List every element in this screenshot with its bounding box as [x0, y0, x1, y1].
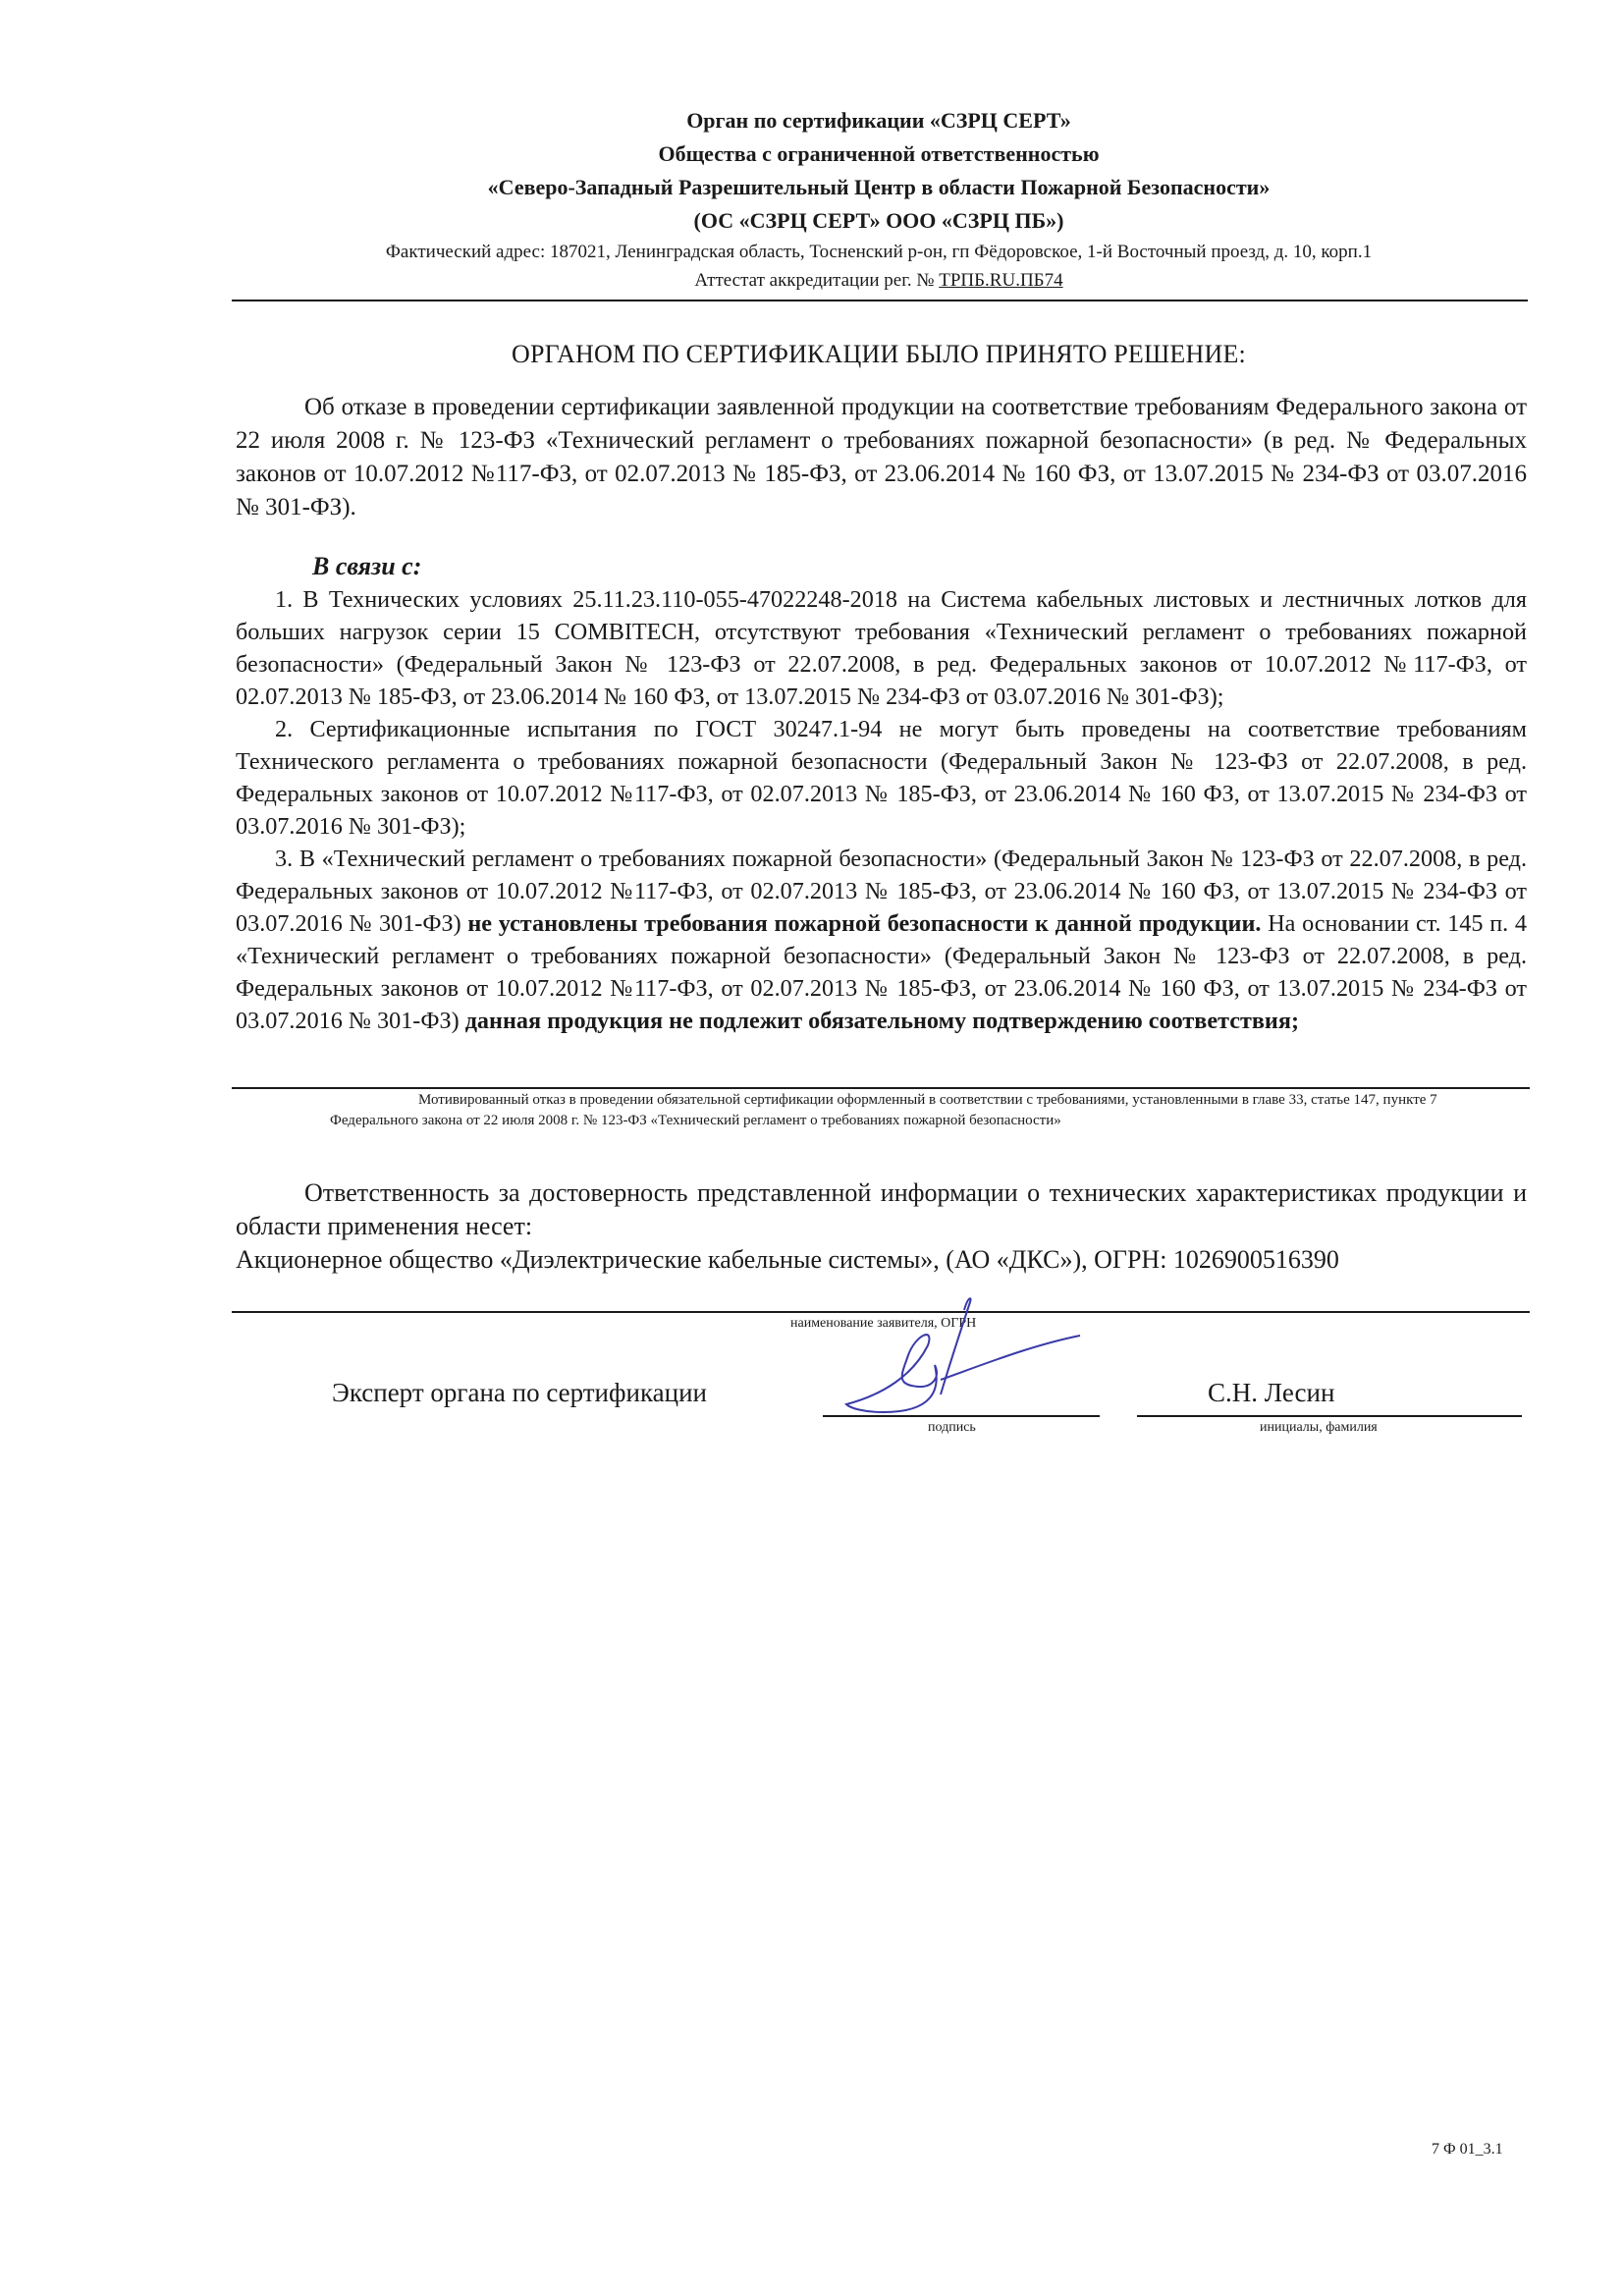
- decision-paragraph: Об отказе в проведении сертификации заяв…: [236, 391, 1527, 524]
- company-short-name: (ОС «СЗРЦ СЕРТ» ООО «СЗРЦ ПБ»): [226, 208, 1532, 234]
- reasons-heading: В связи с:: [312, 552, 421, 581]
- expert-role: Эксперт органа по сертификации: [332, 1378, 707, 1408]
- decision-text: Об отказе в проведении сертификации заяв…: [236, 391, 1527, 524]
- accreditation: Аттестат аккредитации рег. № ТРПБ.RU.ПБ7…: [226, 270, 1532, 292]
- address: Фактический адрес: 187021, Ленинградская…: [226, 242, 1532, 263]
- reason-item-2: 2. Сертификационные испытания по ГОСТ 30…: [236, 713, 1527, 843]
- accreditation-label: Аттестат аккредитации рег. №: [694, 270, 939, 291]
- header-divider: [232, 300, 1528, 301]
- expert-name: С.Н. Лесин: [1208, 1378, 1334, 1408]
- reason-item-3-bold-b: данная продукция не подлежит обязательно…: [465, 1008, 1299, 1034]
- applicant-name: Акционерное общество «Диэлектрические ка…: [236, 1243, 1527, 1277]
- signature-scribble-icon: [825, 1296, 1119, 1424]
- certification-body-name: Орган по сертификации «СЗРЦ СЕРТ»: [226, 108, 1532, 134]
- accreditation-number: ТРПБ.RU.ПБ74: [939, 270, 1062, 291]
- signature-line: [823, 1415, 1100, 1417]
- reason-item-3: 3. В «Технический регламент о требования…: [236, 843, 1527, 1037]
- responsibility-text: Ответственность за достоверность предста…: [236, 1176, 1527, 1243]
- refusal-note: Мотивированный отказ в проведении обязат…: [330, 1090, 1439, 1131]
- reasons-divider: [232, 1087, 1530, 1089]
- reason-item-1: 1. В Технических условиях 25.11.23.110-0…: [236, 583, 1527, 713]
- reason-item-2-text: 2. Сертификационные испытания по ГОСТ 30…: [236, 716, 1527, 840]
- company-full-name: «Северо-Западный Разрешительный Центр в …: [226, 175, 1532, 200]
- decision-title: ОРГАНОМ ПО СЕРТИФИКАЦИИ БЫЛО ПРИНЯТО РЕШ…: [226, 340, 1532, 369]
- form-code: 7 Ф 01_3.1: [1432, 2141, 1503, 2159]
- responsibility-block: Ответственность за достоверность предста…: [236, 1176, 1527, 1277]
- signature-caption: подпись: [928, 1420, 976, 1436]
- name-line: [1137, 1415, 1522, 1417]
- name-caption: инициалы, фамилия: [1260, 1420, 1378, 1436]
- reasons-list: 1. В Технических условиях 25.11.23.110-0…: [236, 583, 1527, 1037]
- reason-item-3-bold-a: не установлены требования пожарной безоп…: [467, 910, 1261, 937]
- company-form: Общества с ограниченной ответственностью: [226, 141, 1532, 167]
